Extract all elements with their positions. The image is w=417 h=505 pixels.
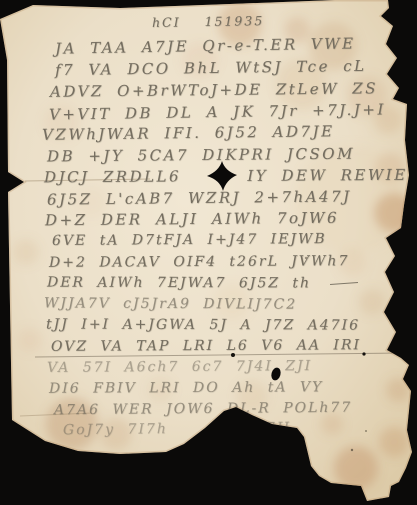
small-hole [270,367,282,382]
pin-hole [231,353,235,357]
photograph-of-letter: hCI 151935 JA TAA A7JE Qr-e-T.ER VWE f7 … [0,0,417,505]
pin-hole [362,352,365,355]
holes-layer [0,0,417,505]
star-hole [207,161,237,191]
